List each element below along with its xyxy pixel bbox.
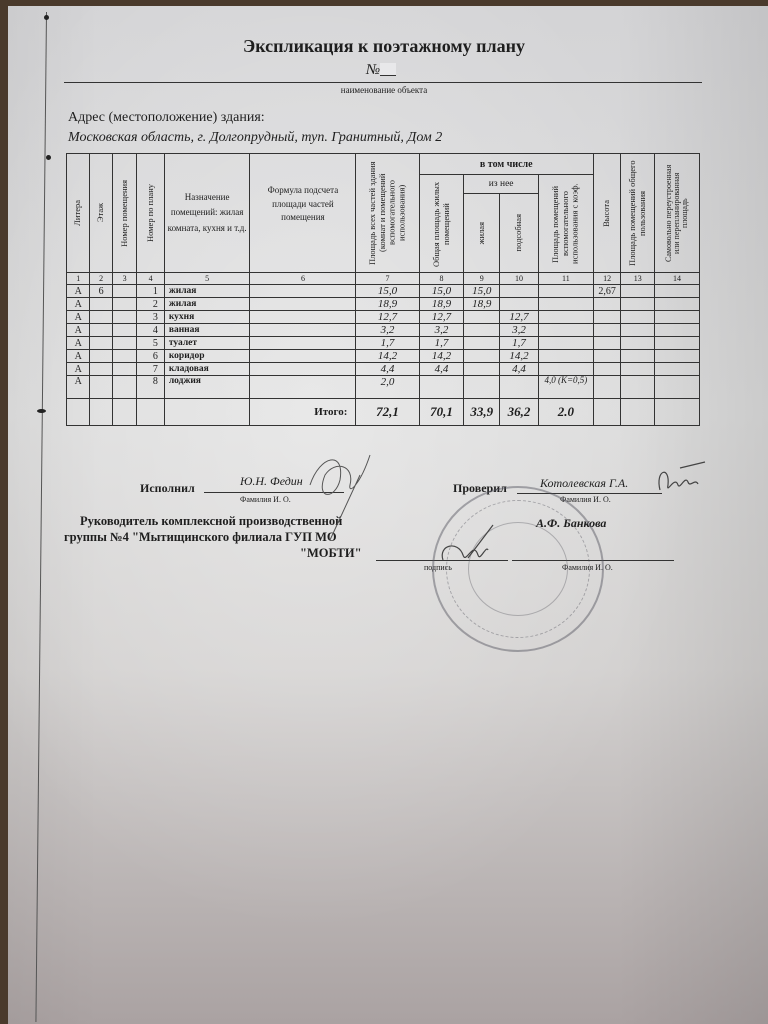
- staple-hole: [37, 409, 46, 413]
- cell-room: [112, 311, 136, 324]
- cell-purpose: коридор: [164, 350, 250, 363]
- header-plan-number: Номер по плану: [137, 154, 165, 273]
- staple-hole: [46, 155, 51, 160]
- column-number: 7: [356, 273, 419, 285]
- executed-signature: [300, 445, 380, 545]
- cell-room: [112, 350, 136, 363]
- cell-litera: А: [67, 285, 90, 298]
- cell-floor: [90, 324, 112, 337]
- cell-plan: 6: [137, 350, 165, 363]
- cell-plan: 2: [137, 298, 165, 311]
- cell-purpose: лоджия: [164, 376, 250, 399]
- cell-plan: 1: [137, 285, 165, 298]
- cell-room: [112, 363, 136, 376]
- document-title: Экспликация к поэтажному плану: [0, 36, 768, 57]
- cell-living: [464, 324, 500, 337]
- cell-purpose: кладовая: [164, 363, 250, 376]
- column-number: 1: [67, 273, 90, 285]
- table-row: А6коридор14,214,214,2: [67, 350, 700, 363]
- totals-label: Итого:: [250, 399, 356, 426]
- cell-height: [593, 376, 621, 399]
- cell-living: [464, 337, 500, 350]
- header-room-number: Номер помещения: [112, 154, 136, 273]
- header-unauthorized: Самовольно переустроенная или перепланир…: [655, 154, 700, 273]
- cell-common: [621, 363, 655, 376]
- cell-purpose: жилая: [164, 285, 250, 298]
- header-aux-coef: Площадь помещений вспомогательного испол…: [538, 175, 593, 273]
- cell-plan: 5: [137, 337, 165, 350]
- column-number: 2: [90, 273, 112, 285]
- cell-aux: 14,2: [500, 350, 539, 363]
- cell-living-total: [419, 376, 464, 399]
- table-row: А3кухня12,712,712,7: [67, 311, 700, 324]
- cell-total: 15,0: [356, 285, 419, 298]
- header-formula: Формула подсчета площади частей помещени…: [250, 154, 356, 273]
- cell-total: 2,0: [356, 376, 419, 399]
- cell-plan: 7: [137, 363, 165, 376]
- cell-aux: [500, 376, 539, 399]
- cell-living: [464, 311, 500, 324]
- column-number: 4: [137, 273, 165, 285]
- cell-litera: А: [67, 324, 90, 337]
- cell-aux: 3,2: [500, 324, 539, 337]
- cell-litera: А: [67, 376, 90, 399]
- executed-name: Ю.Н. Федин: [240, 474, 303, 489]
- cell-height: 2,67: [593, 285, 621, 298]
- cell-common: [621, 350, 655, 363]
- head-signature: [438, 520, 508, 570]
- cell-aux-coef: [538, 337, 593, 350]
- header-litera: Литера: [67, 154, 90, 273]
- cell-living-total: 18,9: [419, 298, 464, 311]
- cell-formula: [250, 337, 356, 350]
- cell-unauth: [655, 337, 700, 350]
- cell-height: [593, 324, 621, 337]
- cell-room: [112, 337, 136, 350]
- cell-total: 3,2: [356, 324, 419, 337]
- cell-common: [621, 298, 655, 311]
- cell-aux: [500, 285, 539, 298]
- cell-total: 1,7: [356, 337, 419, 350]
- cell-living: [464, 350, 500, 363]
- header-floor: Этаж: [90, 154, 112, 273]
- cell-room: [112, 324, 136, 337]
- cell-living-total: 14,2: [419, 350, 464, 363]
- cell-plan: 4: [137, 324, 165, 337]
- cell-total: 4,4: [356, 363, 419, 376]
- header-living: жилая: [464, 194, 500, 273]
- header-total-area: Площадь всех частей здания (комнат и пом…: [356, 154, 419, 273]
- checked-signature: [650, 460, 710, 500]
- cell-height: [593, 363, 621, 376]
- cell-litera: А: [67, 350, 90, 363]
- executed-caption: Фамилия И. О.: [240, 495, 291, 504]
- cell-floor: [90, 350, 112, 363]
- total-area: 72,1: [356, 399, 419, 426]
- cell-living-total: 12,7: [419, 311, 464, 324]
- column-number: 6: [250, 273, 356, 285]
- cell-living-total: 1,7: [419, 337, 464, 350]
- cell-aux-coef: [538, 324, 593, 337]
- cell-common: [621, 285, 655, 298]
- cell-living: 15,0: [464, 285, 500, 298]
- cell-total: 12,7: [356, 311, 419, 324]
- header-auxiliary: подсобная: [500, 194, 539, 273]
- column-numbers-row: 1234567891011121314: [67, 273, 700, 285]
- cell-floor: [90, 376, 112, 399]
- cell-living-total: 15,0: [419, 285, 464, 298]
- cell-height: [593, 350, 621, 363]
- cell-purpose: кухня: [164, 311, 250, 324]
- cell-room: [112, 298, 136, 311]
- cell-formula: [250, 311, 356, 324]
- object-line: [64, 82, 702, 83]
- cell-aux: 4,4: [500, 363, 539, 376]
- cell-aux: 12,7: [500, 311, 539, 324]
- cell-room: [112, 285, 136, 298]
- cell-purpose: жилая: [164, 298, 250, 311]
- cell-floor: [90, 311, 112, 324]
- header-common-area: Площадь помещений общего пользования: [621, 154, 655, 273]
- cell-floor: [90, 363, 112, 376]
- cell-formula: [250, 324, 356, 337]
- cell-floor: [90, 337, 112, 350]
- cell-aux-coef: [538, 298, 593, 311]
- table-row: А8лоджия2,04,0 (К=0,5): [67, 376, 700, 399]
- cell-height: [593, 298, 621, 311]
- totals-row: Итого: 72,1 70,1 33,9 36,2 2.0: [67, 399, 700, 426]
- address-label: Адрес (местоположение) здания:: [68, 110, 265, 126]
- column-number: 5: [164, 273, 250, 285]
- staple-hole: [44, 15, 49, 20]
- cell-formula: [250, 350, 356, 363]
- explication-table: Литера Этаж Номер помещения Номер по пла…: [66, 153, 700, 426]
- cell-formula: [250, 376, 356, 399]
- cell-litera: А: [67, 311, 90, 324]
- cell-formula: [250, 298, 356, 311]
- column-number: 12: [593, 273, 621, 285]
- cell-common: [621, 376, 655, 399]
- cell-aux-coef: [538, 350, 593, 363]
- header-height: Высота: [593, 154, 621, 273]
- cell-aux: 1,7: [500, 337, 539, 350]
- column-number: 10: [500, 273, 539, 285]
- cell-formula: [250, 285, 356, 298]
- column-number: 11: [538, 273, 593, 285]
- cell-room: [112, 376, 136, 399]
- cell-living-total: 3,2: [419, 324, 464, 337]
- cell-unauth: [655, 376, 700, 399]
- header-including: в том числе: [419, 154, 593, 175]
- head-title-line3: "МОБТИ": [300, 546, 362, 561]
- total-aux-coef: 2.0: [538, 399, 593, 426]
- column-number: 8: [419, 273, 464, 285]
- executed-label: Исполнил: [140, 481, 195, 496]
- table-row: А5туалет1,71,71,7: [67, 337, 700, 350]
- cell-living: [464, 376, 500, 399]
- cell-aux: [500, 298, 539, 311]
- cell-common: [621, 337, 655, 350]
- header-of-which: из нее: [464, 175, 538, 194]
- cell-height: [593, 311, 621, 324]
- cell-unauth: [655, 350, 700, 363]
- cell-litera: А: [67, 337, 90, 350]
- total-living: 33,9: [464, 399, 500, 426]
- cell-living: [464, 363, 500, 376]
- table-row: А2жилая18,918,918,9: [67, 298, 700, 311]
- header-purpose: Назначение помещений: жилая комната, кух…: [164, 154, 250, 273]
- cell-floor: 6: [90, 285, 112, 298]
- column-number: 9: [464, 273, 500, 285]
- cell-litera: А: [67, 298, 90, 311]
- cell-common: [621, 311, 655, 324]
- table-row: А7кладовая4,44,44,4: [67, 363, 700, 376]
- address-value: Московская область, г. Долгопрудный, туп…: [68, 130, 442, 146]
- cell-aux-coef: [538, 285, 593, 298]
- cell-unauth: [655, 298, 700, 311]
- column-number: 13: [621, 273, 655, 285]
- cell-aux-coef: 4,0 (К=0,5): [538, 376, 593, 399]
- cell-aux-coef: [538, 363, 593, 376]
- cell-living: 18,9: [464, 298, 500, 311]
- cell-living-total: 4,4: [419, 363, 464, 376]
- cell-formula: [250, 363, 356, 376]
- table-row: А4ванная3,23,23,2: [67, 324, 700, 337]
- total-auxiliary: 36,2: [500, 399, 539, 426]
- cell-total: 18,9: [356, 298, 419, 311]
- redacted-number: [380, 63, 396, 76]
- cell-purpose: ванная: [164, 324, 250, 337]
- head-title-line2: группы №4 "Мытищинского филиала ГУП МО: [64, 530, 337, 545]
- header-living-total: Общая площадь жилых помещений: [419, 175, 464, 273]
- cell-unauth: [655, 363, 700, 376]
- cell-plan: 8: [137, 376, 165, 399]
- cell-height: [593, 337, 621, 350]
- cell-litera: А: [67, 363, 90, 376]
- cell-plan: 3: [137, 311, 165, 324]
- cell-common: [621, 324, 655, 337]
- cell-purpose: туалет: [164, 337, 250, 350]
- total-living-total: 70,1: [419, 399, 464, 426]
- cell-aux-coef: [538, 311, 593, 324]
- column-number: 3: [112, 273, 136, 285]
- cell-floor: [90, 298, 112, 311]
- cell-unauth: [655, 311, 700, 324]
- cell-unauth: [655, 285, 700, 298]
- checked-name: Котолевская Г.А.: [540, 476, 628, 491]
- column-number: 14: [655, 273, 700, 285]
- table-row: А61жилая15,015,015,02,67: [67, 285, 700, 298]
- number-prefix: №: [366, 62, 380, 78]
- cell-unauth: [655, 324, 700, 337]
- document-number: №: [366, 62, 396, 79]
- object-caption: наименование объекта: [0, 85, 768, 95]
- cell-total: 14,2: [356, 350, 419, 363]
